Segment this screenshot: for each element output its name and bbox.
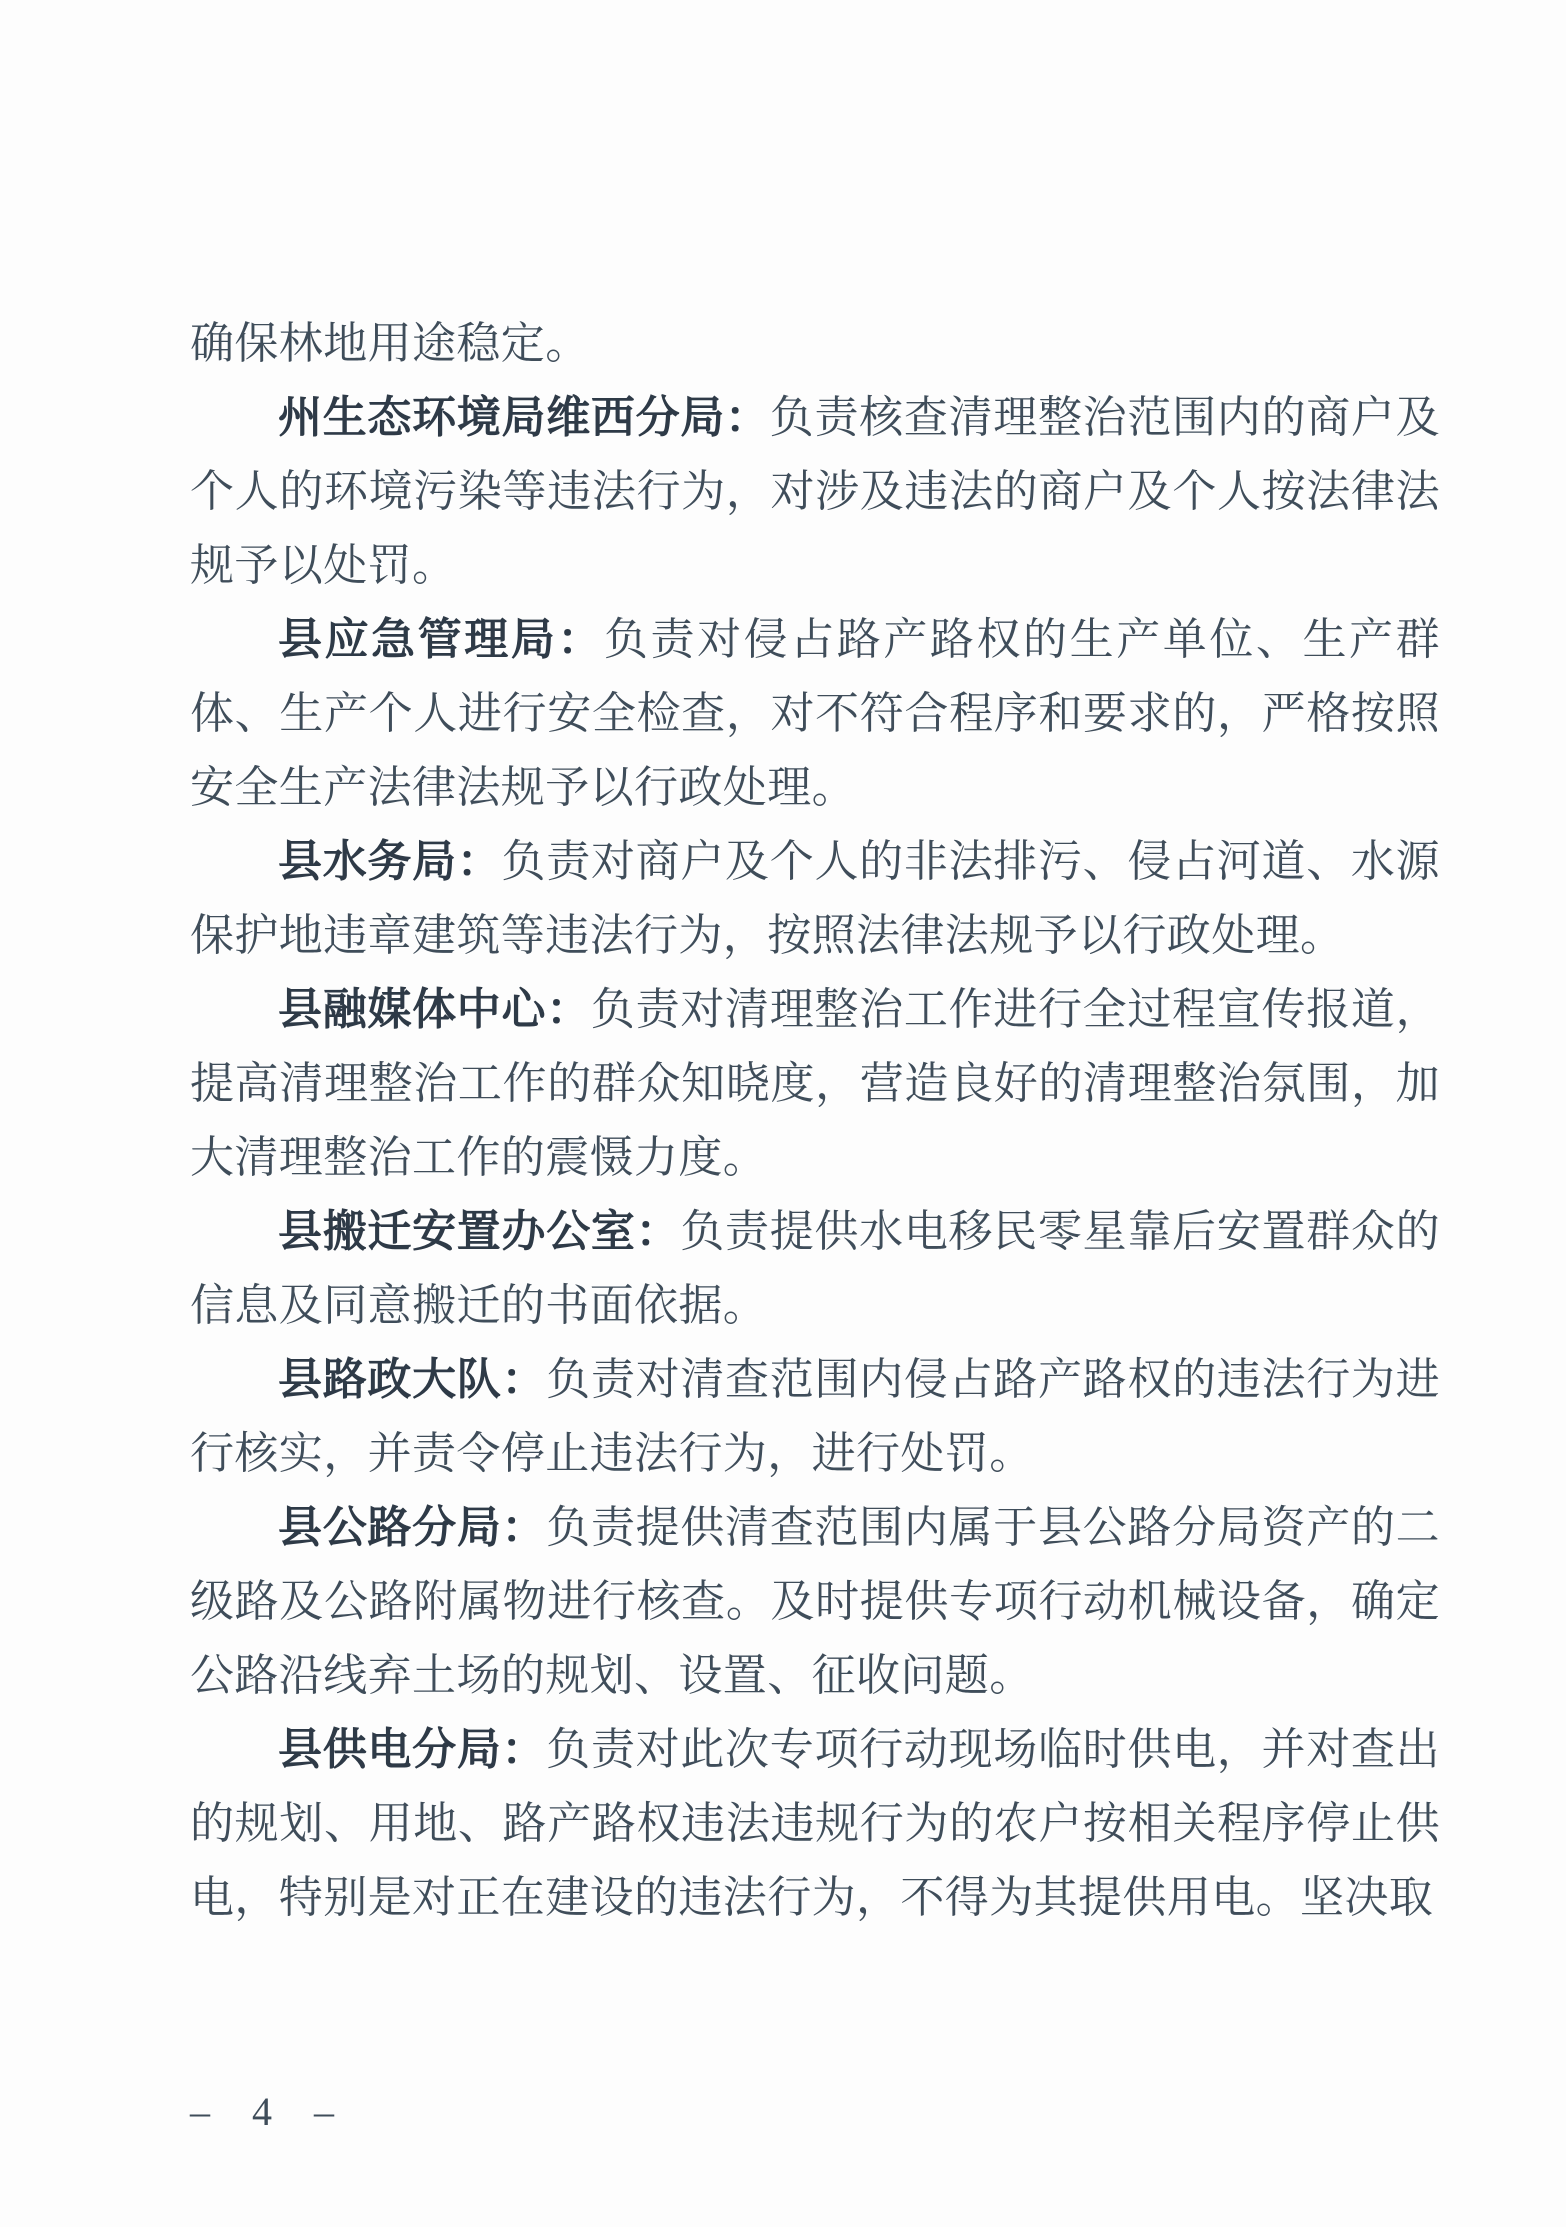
paragraph: 县应急管理局：负责对侵占路产路权的生产单位、生产群体、生产个人进行安全检查，对不…	[190, 603, 1440, 825]
paragraph: 县搬迁安置办公室：负责提供水电移民零星靠后安置群众的信息及同意搬迁的书面依据。	[190, 1195, 1440, 1343]
department-name: 县应急管理局：	[278, 615, 604, 664]
department-name: 州生态环境局维西分局：	[278, 393, 770, 442]
paragraph: 县融媒体中心：负责对清理整治工作进行全过程宣传报道，提高清理整治工作的群众知晓度…	[190, 973, 1440, 1195]
department-name: 县路政大队：	[278, 1355, 546, 1404]
department-name: 县公路分局：	[278, 1503, 546, 1552]
document-body: 确保林地用途稳定。州生态环境局维西分局：负责核查清理整治范围内的商户及个人的环境…	[190, 307, 1440, 1935]
department-name: 县供电分局：	[278, 1725, 546, 1774]
paragraph: 县供电分局：负责对此次专项行动现场临时供电，并对查出的规划、用地、路产路权违法违…	[190, 1713, 1440, 1935]
document-page: 确保林地用途稳定。州生态环境局维西分局：负责核查清理整治范围内的商户及个人的环境…	[0, 0, 1566, 2227]
department-name: 县搬迁安置办公室：	[278, 1207, 680, 1256]
paragraph: 县水务局：负责对商户及个人的非法排污、侵占河道、水源保护地违章建筑等违法行为，按…	[190, 825, 1440, 973]
department-name: 县融媒体中心：	[278, 985, 591, 1034]
paragraph: 州生态环境局维西分局：负责核查清理整治范围内的商户及个人的环境污染等违法行为，对…	[190, 381, 1440, 603]
department-name: 县水务局：	[278, 837, 502, 886]
paragraph: 县公路分局：负责提供清查范围内属于县公路分局资产的二级路及公路附属物进行核查。及…	[190, 1491, 1440, 1713]
paragraph: 确保林地用途稳定。	[190, 307, 1440, 381]
paragraph: 县路政大队：负责对清查范围内侵占路产路权的违法行为进行核实，并责令停止违法行为，…	[190, 1343, 1440, 1491]
page-number: – 4 –	[190, 2088, 340, 2135]
paragraph-text: 确保林地用途稳定。	[190, 319, 590, 368]
